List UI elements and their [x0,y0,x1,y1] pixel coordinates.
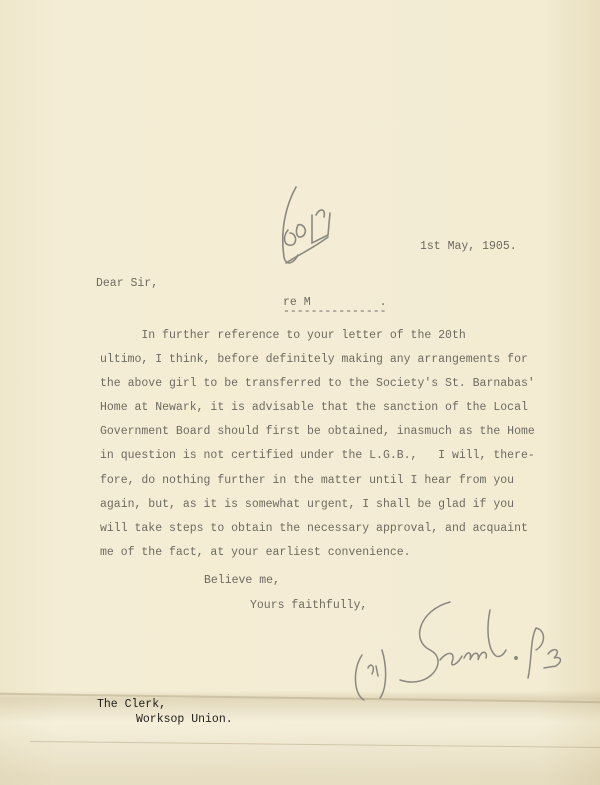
body-line: Home at Newark, it is advisable that the… [100,401,528,414]
body-line: fore, do nothing further in the matter u… [100,474,514,487]
body-line: me of the fact, at your earliest conveni… [100,546,411,559]
copy-annotation [268,185,348,270]
body-line: Government Board should first be obtaine… [100,425,535,438]
body-line: will take steps to obtain the necessary … [100,522,528,535]
recipient-title: The Clerk, [97,698,166,711]
body-line: again, but, as it is somewhat urgent, I … [100,498,514,511]
signature [340,600,570,710]
body-line: In further reference to your letter of t… [100,329,466,342]
closing: Believe me, [204,574,280,587]
reference-underline: --------------- [283,305,387,318]
body-line: ultimo, I think, before definitely makin… [100,353,528,366]
recipient-organization: Worksop Union. [136,713,233,726]
letter-page: 1st May, 1905. Dear Sir, re M . --------… [0,0,600,785]
body-line: the above girl to be transferred to the … [100,377,535,390]
body-line: in question is not certified under the L… [100,449,535,462]
letter-date: 1st May, 1905. [420,240,517,253]
paper-fold [30,741,600,748]
salutation: Dear Sir, [96,277,158,290]
